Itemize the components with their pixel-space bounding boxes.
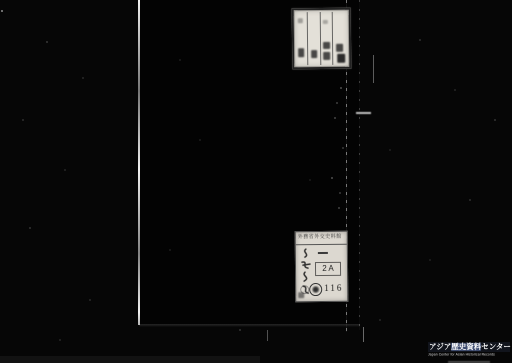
faded-ink-mark: [298, 48, 304, 57]
archive-catalog-label: 外務省外交史料館 2 A 116: [295, 231, 349, 302]
spine-hinge-mark: [356, 112, 371, 114]
round-seal-stamp: [309, 283, 322, 296]
spine-binding-line-secondary: [359, 0, 360, 330]
page-edge-mark: [363, 327, 364, 342]
title-slip-column-divider: [307, 12, 309, 65]
book-left-edge-highlight: [138, 0, 140, 325]
archive-label-header: 外務省外交史料館: [296, 232, 347, 245]
faded-ink-mark: [323, 52, 330, 60]
title-slip-label: [292, 8, 352, 70]
watermark-title-segment: アジア: [429, 343, 451, 351]
spine-binding-line-fragment: [373, 55, 374, 83]
title-slip-column-divider: [332, 12, 334, 65]
faded-ink-mark: [336, 44, 343, 52]
faded-ink-mark: [311, 50, 317, 58]
catalog-number: 116: [324, 283, 343, 294]
scanned-book-cover: 外務省外交史料館 2 A 116 アジア 歴史 資料 センター Japan Ce…: [0, 0, 512, 363]
watermark-subtitle: Japan Center for Asian Historical Record…: [428, 353, 511, 356]
title-slip-column-divider: [320, 12, 322, 65]
ink-dash-mark: [318, 252, 328, 254]
faded-ink-mark: [298, 18, 303, 23]
watermark-title-segment: 歴史: [451, 343, 466, 351]
ink-blot: [298, 292, 304, 298]
book-bottom-edge: [139, 324, 360, 327]
page-edge-mark: [267, 330, 268, 341]
watermark-title-segment: 資料: [466, 343, 481, 351]
jacar-watermark: アジア 歴史 資料 センター Japan Center for Asian Hi…: [428, 342, 510, 363]
faded-ink-mark: [323, 42, 330, 49]
faded-ink-mark: [323, 20, 328, 24]
watermark-title: アジア 歴史 資料 センター: [428, 342, 510, 352]
classification-box: 2 A: [315, 262, 341, 276]
archive-label-header-text: 外務省外交史料館: [298, 234, 345, 239]
scanbed-edge-glow: [0, 356, 260, 363]
faded-ink-mark: [337, 54, 345, 63]
watermark-title-segment: センター: [481, 343, 511, 351]
